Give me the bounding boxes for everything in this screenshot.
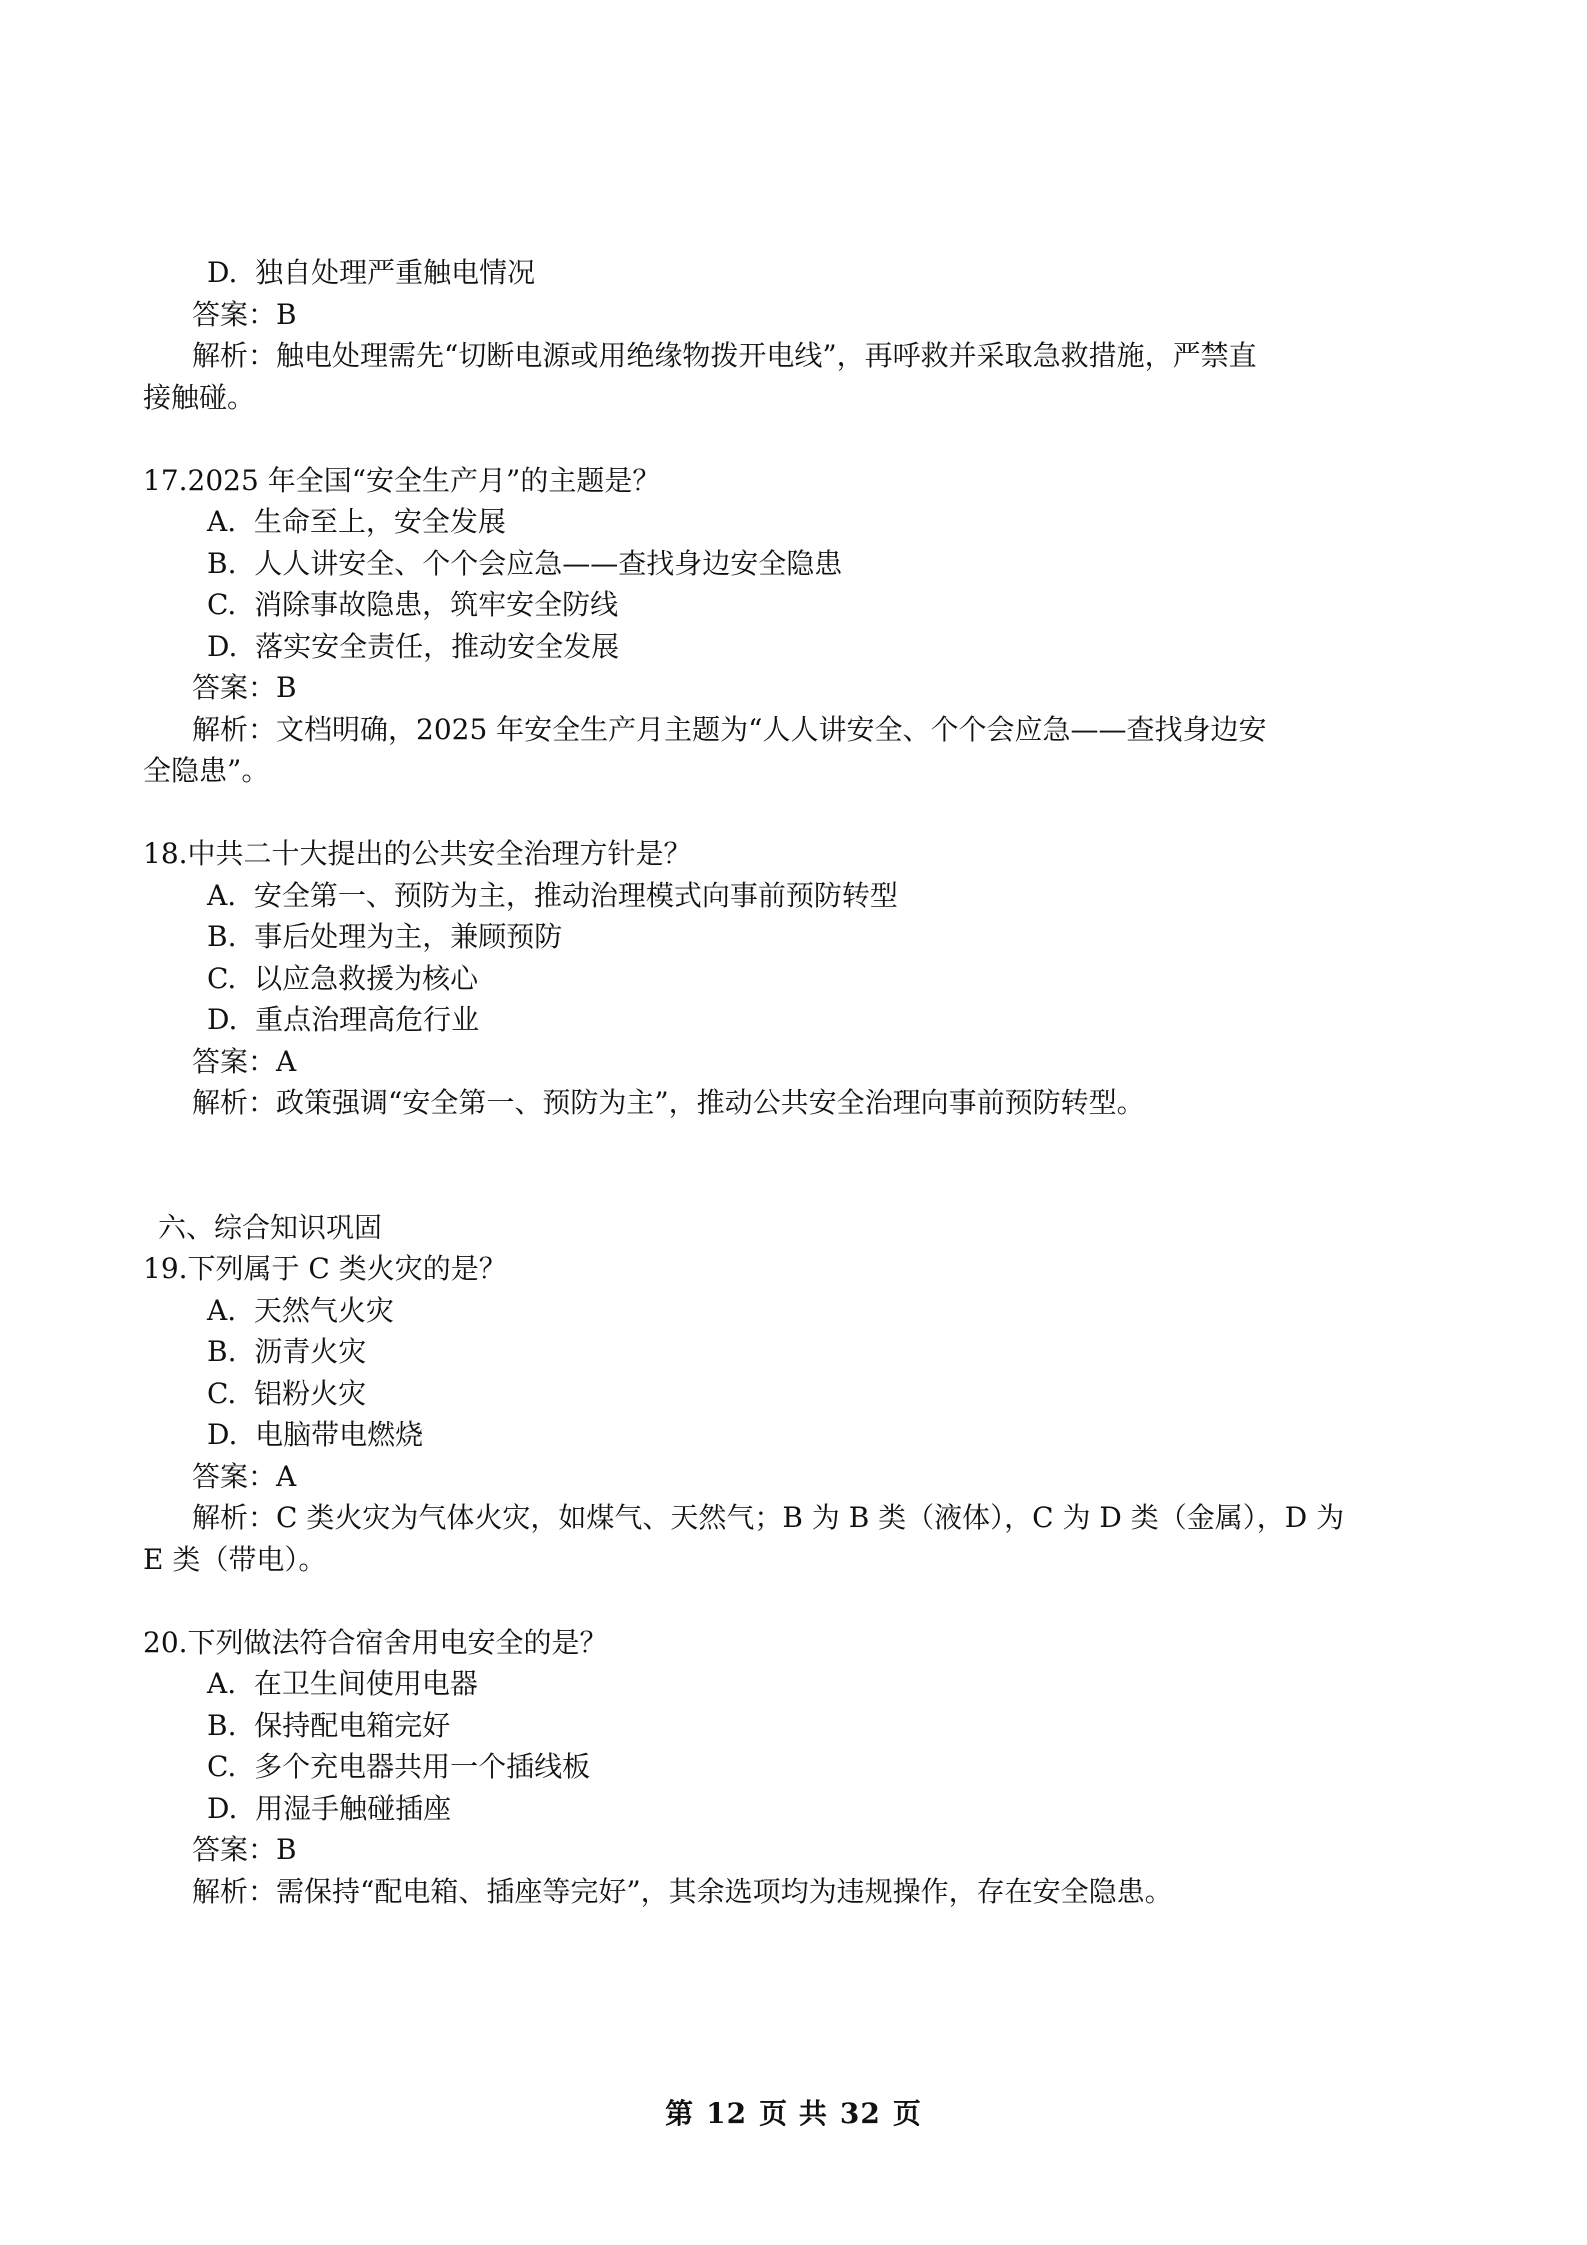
option-a: A. 天然气火灾: [143, 1290, 1423, 1332]
explanation-line-1: 解析：文档明确，2025 年安全生产月主题为“人人讲安全、个个会应急——查找身边…: [192, 713, 1266, 746]
answer: 答案：A: [143, 1456, 1423, 1498]
option-c: C. 消除事故隐患，筑牢安全防线: [143, 584, 1423, 626]
question-title: 20.下列做法符合宿舍用电安全的是？: [143, 1622, 1423, 1664]
spacer: [143, 1580, 1423, 1622]
question-17: 17.2025 年全国“安全生产月”的主题是？ A. 生命至上，安全发展 B. …: [143, 460, 1423, 792]
spacer: [143, 792, 1423, 834]
option-b: B. 事后处理为主，兼顾预防: [143, 916, 1423, 958]
page-label-mid: 页 共: [759, 2097, 828, 2130]
section-heading: 六、综合知识巩固: [143, 1207, 1423, 1249]
page-label-suffix: 页: [893, 2097, 922, 2130]
question-title: 17.2025 年全国“安全生产月”的主题是？: [143, 460, 1423, 502]
explanation: 解析：触电处理需先“切断电源或用绝缘物拨开电线”，再呼救并采取急救措施，严禁直接…: [143, 335, 1423, 418]
spacer: [143, 1124, 1423, 1207]
option-a: A. 安全第一、预防为主，推动治理模式向事前预防转型: [143, 875, 1423, 917]
answer: 答案：B: [143, 1829, 1423, 1871]
current-page-number: 12: [706, 2097, 747, 2130]
answer: 答案：A: [143, 1041, 1423, 1083]
option-c: C. 铝粉火灾: [143, 1373, 1423, 1415]
explanation-line-1: 解析：触电处理需先“切断电源或用绝缘物拨开电线”，再呼救并采取急救措施，严禁直: [192, 339, 1257, 372]
question-16-carryover: D. 独自处理严重触电情况 答案：B 解析：触电处理需先“切断电源或用绝缘物拨开…: [143, 252, 1423, 418]
page-label-prefix: 第: [665, 2097, 694, 2130]
question-title: 19.下列属于 C 类火灾的是？: [143, 1248, 1423, 1290]
total-pages-number: 32: [840, 2097, 881, 2130]
question-title: 18.中共二十大提出的公共安全治理方针是？: [143, 833, 1423, 875]
explanation-line-2: E 类（带电）。: [143, 1539, 1423, 1581]
option-d: D. 重点治理高危行业: [143, 999, 1423, 1041]
answer: 答案：B: [143, 667, 1423, 709]
answer: 答案：B: [143, 294, 1423, 336]
explanation-line-2: 接触碰。: [143, 377, 1423, 419]
question-18: 18.中共二十大提出的公共安全治理方针是？ A. 安全第一、预防为主，推动治理模…: [143, 833, 1423, 1124]
option-b: B. 保持配电箱完好: [143, 1705, 1423, 1747]
explanation: 解析：C 类火灾为气体火灾，如煤气、天然气；B 为 B 类（液体），C 为 D …: [143, 1497, 1423, 1580]
spacer: [143, 418, 1423, 460]
explanation-line-1: 解析：需保持“配电箱、插座等完好”，其余选项均为违规操作，存在安全隐患。: [192, 1875, 1173, 1908]
explanation-line-1: 解析：C 类火灾为气体火灾，如煤气、天然气；B 为 B 类（液体），C 为 D …: [192, 1501, 1344, 1534]
page-footer: 第12页 共32页: [0, 2092, 1587, 2132]
question-20: 20.下列做法符合宿舍用电安全的是？ A. 在卫生间使用电器 B. 保持配电箱完…: [143, 1622, 1423, 1913]
option-b: B. 人人讲安全、个个会应急——查找身边安全隐患: [143, 543, 1423, 585]
option-c: C. 多个充电器共用一个插线板: [143, 1746, 1423, 1788]
explanation: 解析：文档明确，2025 年安全生产月主题为“人人讲安全、个个会应急——查找身边…: [143, 709, 1423, 792]
option-d: D. 独自处理严重触电情况: [143, 252, 1423, 294]
explanation-line-1: 解析：政策强调“安全第一、预防为主”，推动公共安全治理向事前预防转型。: [192, 1086, 1145, 1119]
option-a: A. 生命至上，安全发展: [143, 501, 1423, 543]
option-b: B. 沥青火灾: [143, 1331, 1423, 1373]
document-page: D. 独自处理严重触电情况 答案：B 解析：触电处理需先“切断电源或用绝缘物拨开…: [0, 0, 1587, 2245]
explanation: 解析：需保持“配电箱、插座等完好”，其余选项均为违规操作，存在安全隐患。: [143, 1871, 1423, 1913]
explanation-line-2: 全隐患”。: [143, 750, 1423, 792]
explanation: 解析：政策强调“安全第一、预防为主”，推动公共安全治理向事前预防转型。: [143, 1082, 1423, 1124]
option-c: C. 以应急救援为核心: [143, 958, 1423, 1000]
option-d: D. 用湿手触碰插座: [143, 1788, 1423, 1830]
page-content: D. 独自处理严重触电情况 答案：B 解析：触电处理需先“切断电源或用绝缘物拨开…: [143, 252, 1423, 1912]
option-d: D. 电脑带电燃烧: [143, 1414, 1423, 1456]
option-a: A. 在卫生间使用电器: [143, 1663, 1423, 1705]
question-19: 19.下列属于 C 类火灾的是？ A. 天然气火灾 B. 沥青火灾 C. 铝粉火…: [143, 1248, 1423, 1580]
option-d: D. 落实安全责任，推动安全发展: [143, 626, 1423, 668]
